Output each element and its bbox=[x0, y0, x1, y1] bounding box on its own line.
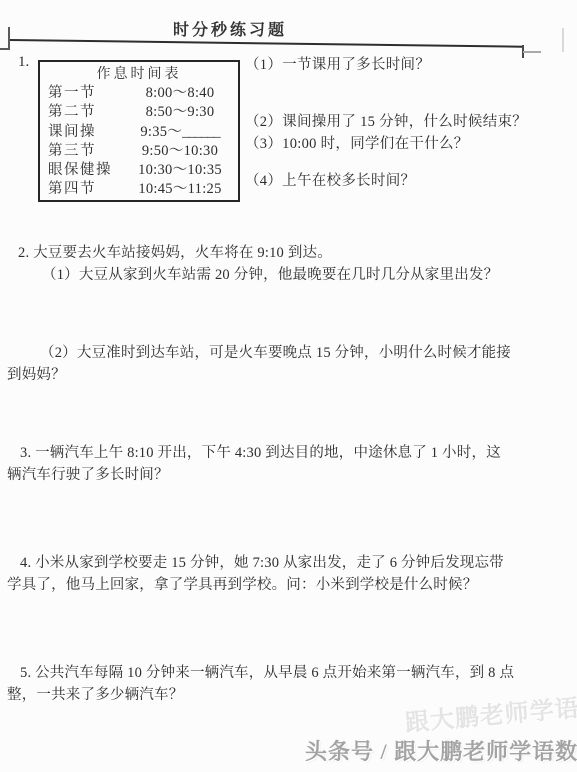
fill-in-blank: ______ bbox=[182, 124, 220, 140]
timetable-title: 作息时间表 bbox=[40, 66, 238, 84]
problem2: 2. 大豆要去火车站接妈妈，火车将在 9:10 到达。 （1）大豆从家到火车站需… bbox=[7, 242, 573, 286]
period-time: 10:30～10:35 bbox=[122, 161, 238, 180]
problem5-line1: 5. 公共汽车每隔 10 分钟来一辆汽车，从早晨 6 点开始来第一辆汽车，到 8… bbox=[7, 662, 573, 684]
problem1-subquestion-3: （3）10:00 时，同学们在干什么？ bbox=[245, 132, 469, 153]
problem1-subquestion-4: （4）上午在校多长时间？ bbox=[245, 169, 415, 190]
problem2-line2: （1）大豆从家到火车站需 20 分钟，他最晚要在几时几分从家里出发？ bbox=[7, 264, 573, 286]
worksheet-page: 时分秒练习题 1. 作息时间表 第一节 8:00～8:40 第二节 8:50～9… bbox=[0, 0, 577, 772]
margin-mark-right-horizontal bbox=[523, 51, 541, 53]
table-row: 课间操 9:35～______ bbox=[40, 123, 238, 142]
period-label: 第一节 bbox=[40, 84, 122, 103]
period-label: 第四节 bbox=[40, 180, 122, 199]
problem3-line2: 辆汽车行驶了多长时间？ bbox=[7, 464, 573, 486]
table-row: 第三节 9:50～10:30 bbox=[40, 142, 238, 161]
margin-mark-left-horizontal bbox=[0, 48, 9, 50]
margin-mark-left-vertical bbox=[8, 27, 10, 50]
period-label: 眼保健操 bbox=[40, 161, 122, 180]
period-label: 第三节 bbox=[40, 142, 122, 161]
problem2-part2: （2）大豆准时到达车站，可是火车要晚点 15 分钟，小明什么时候才能接 到妈妈？ bbox=[7, 342, 573, 386]
problem3-line1: 3. 一辆汽车上午 8:10 开出，下午 4:30 到达目的地，中途休息了 1 … bbox=[7, 442, 573, 464]
timetable: 作息时间表 第一节 8:00～8:40 第二节 8:50～9:30 课间操 9:… bbox=[38, 60, 240, 202]
header-rule bbox=[10, 39, 523, 48]
period-time: 9:50～10:30 bbox=[122, 142, 238, 161]
period-label: 课间操 bbox=[40, 123, 122, 142]
period-time: 9:35～______ bbox=[122, 123, 238, 142]
period-label: 第二节 bbox=[40, 103, 122, 122]
problem3: 3. 一辆汽车上午 8:10 开出，下午 4:30 到达目的地，中途休息了 1 … bbox=[7, 442, 573, 486]
period-time-start: 9:35～ bbox=[140, 124, 182, 140]
watermark: 头条号 / 跟大鹏老师学语数 bbox=[305, 735, 577, 766]
problem4: 4. 小米从家到学校要走 15 分钟，她 7:30 从家出发，走了 6 分钟后发… bbox=[7, 552, 573, 596]
problem2-part2-line1: （2）大豆准时到达车站，可是火车要晚点 15 分钟，小明什么时候才能接 bbox=[7, 342, 573, 364]
table-row: 第四节 10:45～11:25 bbox=[40, 180, 238, 199]
period-time: 8:00～8:40 bbox=[122, 84, 238, 103]
problem1-subquestion-1: （1）一节课用了多长时间？ bbox=[245, 53, 430, 74]
period-time: 8:50～9:30 bbox=[122, 103, 238, 122]
margin-mark-far-right bbox=[562, 28, 564, 52]
period-time: 10:45～11:25 bbox=[122, 180, 238, 199]
page-title: 时分秒练习题 bbox=[173, 17, 287, 40]
problem2-part2-line2: 到妈妈？ bbox=[7, 364, 573, 386]
problem1-number: 1. bbox=[18, 54, 29, 71]
table-row: 第一节 8:00～8:40 bbox=[40, 84, 238, 103]
problem4-line1: 4. 小米从家到学校要走 15 分钟，她 7:30 从家出发，走了 6 分钟后发… bbox=[7, 552, 573, 574]
problem2-line1: 2. 大豆要去火车站接妈妈，火车将在 9:10 到达。 bbox=[7, 242, 573, 264]
table-row: 眼保健操 10:30～10:35 bbox=[40, 161, 238, 180]
table-row: 第二节 8:50～9:30 bbox=[40, 103, 238, 122]
problem4-line2: 学具了，他马上回家，拿了学具再到学校。问：小米到学校是什么时候？ bbox=[7, 574, 573, 596]
problem1-subquestion-2: （2）课间操用了 15 分钟，什么时候结束？ bbox=[245, 110, 527, 131]
